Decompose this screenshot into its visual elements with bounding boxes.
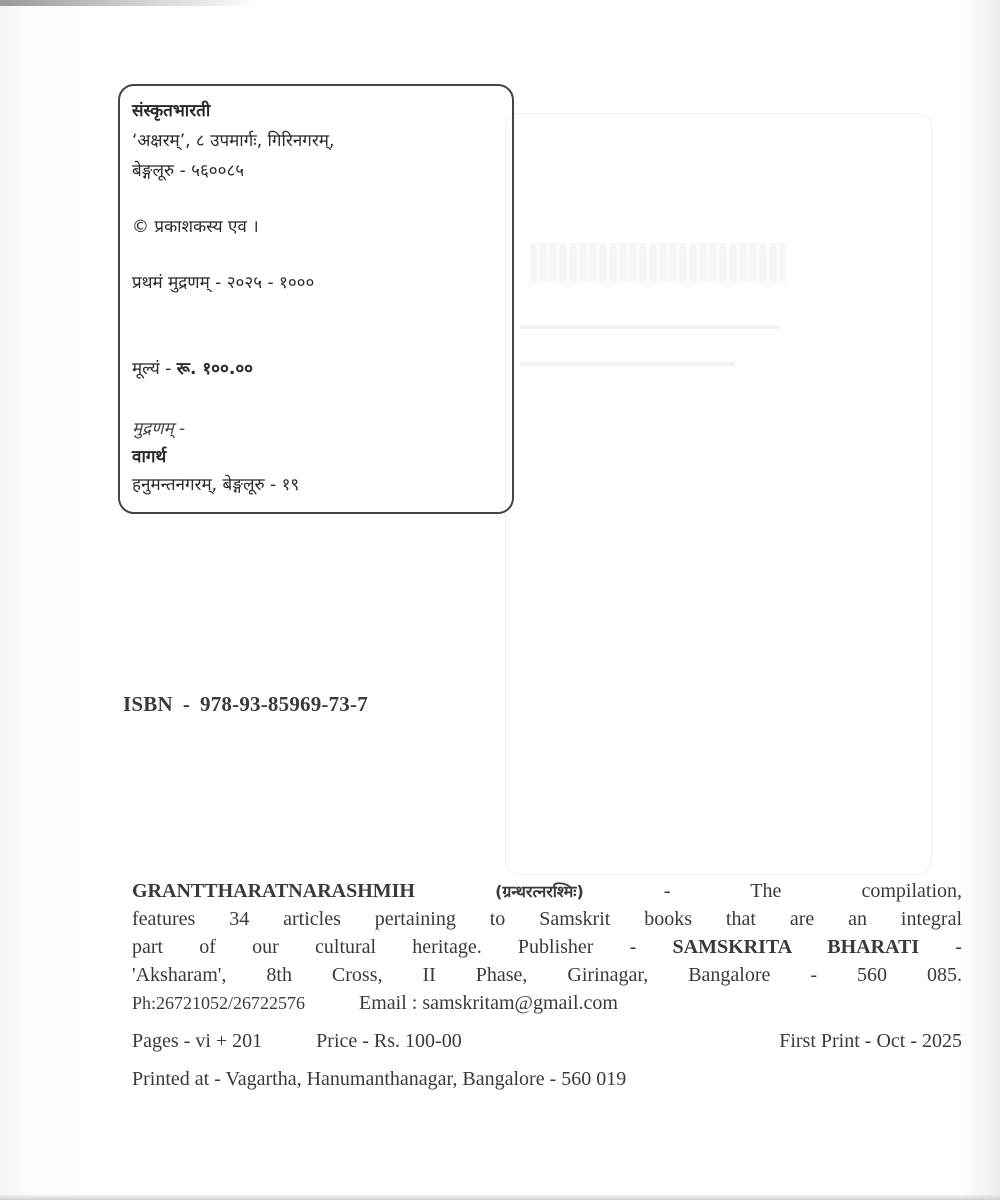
colophon-line-4: 'Aksharam', 8th Cross, II Phase, Girinag… — [132, 964, 962, 987]
pages-count: Pages - vi + 201 — [132, 1030, 262, 1052]
price-label: मूल्यं - — [132, 359, 171, 379]
book-title-sa: (ग्रन्थरत्नरश्मिः) — [495, 882, 584, 901]
copyright-notice: © प्रकाशकस्य एव । — [132, 214, 259, 237]
isbn-value: 978-93-85969-73-7 — [200, 692, 368, 716]
colophon-line1-rest: - The compilation, — [664, 880, 962, 902]
isbn: ISBN-978-93-85969-73-7 — [123, 692, 368, 717]
imprint-box: संस्कृतभारती ‘अक्षरम्’, ८ उपमार्गः, गिरि… — [118, 84, 514, 514]
colophon-line-1: GRANTTHARATNARASHMIH (ग्रन्थरत्नरश्मिः) … — [132, 880, 962, 903]
scan-edge-shadow — [0, 1194, 1000, 1200]
printed-at: Printed at - Vagartha, Hanumanthanagar, … — [132, 1068, 626, 1091]
price-en: Price - Rs. 100-00 — [316, 1030, 462, 1052]
printer-name: वागर्थ — [132, 444, 166, 467]
colophon-line-3: part of our cultural heritage. Publisher… — [132, 936, 962, 959]
book-details-line: Pages - vi + 201 Price - Rs. 100-00 Firs… — [132, 1030, 962, 1053]
price-value: रू. १००.०० — [177, 359, 253, 379]
colophon-line-2: features 34 articles pertaining to Samsk… — [132, 908, 962, 931]
isbn-separator: - — [183, 692, 190, 716]
printer-label: मुद्रणम् - — [132, 416, 185, 439]
colophon-line3-start: part of our cultural heritage. Publisher… — [132, 936, 636, 958]
bleed-through-title — [530, 243, 785, 283]
book-imprint-page: संस्कृतभारती ‘अक्षरम्’, ८ उपमार्गः, गिरि… — [0, 0, 1000, 1200]
publisher-address-line1: ‘अक्षरम्’, ८ उपमार्गः, गिरिनगरम्, — [132, 128, 334, 151]
scan-edge-shadow — [0, 0, 260, 6]
price-info: मूल्यं - रू. १००.०० — [132, 356, 253, 379]
contact-line: Ph:26721052/26722576 Email : samskritam@… — [132, 992, 618, 1015]
book-title-en: GRANTTHARATNARASHMIH — [132, 880, 415, 902]
bleed-through-frame — [505, 113, 932, 875]
email-address: Email : samskritam@gmail.com — [359, 992, 618, 1014]
bleed-through-line — [520, 362, 735, 366]
publisher-name: संस्कृतभारती — [132, 98, 210, 121]
publisher-address-line2: बेङ्गलूरु - ५६००८५ — [132, 158, 244, 181]
isbn-label: ISBN — [123, 692, 173, 716]
phone-numbers: Ph:26721052/26722576 — [132, 993, 305, 1013]
publisher-name-en: SAMSKRITA BHARATI — [673, 936, 920, 958]
first-print-en: First Print - Oct - 2025 — [779, 1030, 962, 1053]
colophon-line3-end: - — [955, 936, 962, 958]
first-print-info: प्रथमं मुद्रणम् - २०२५ - १००० — [132, 270, 314, 293]
printer-address: हनुमन्तनगरम्, बेङ्गलूरु - १९ — [132, 472, 299, 495]
bleed-through-line — [520, 325, 780, 329]
